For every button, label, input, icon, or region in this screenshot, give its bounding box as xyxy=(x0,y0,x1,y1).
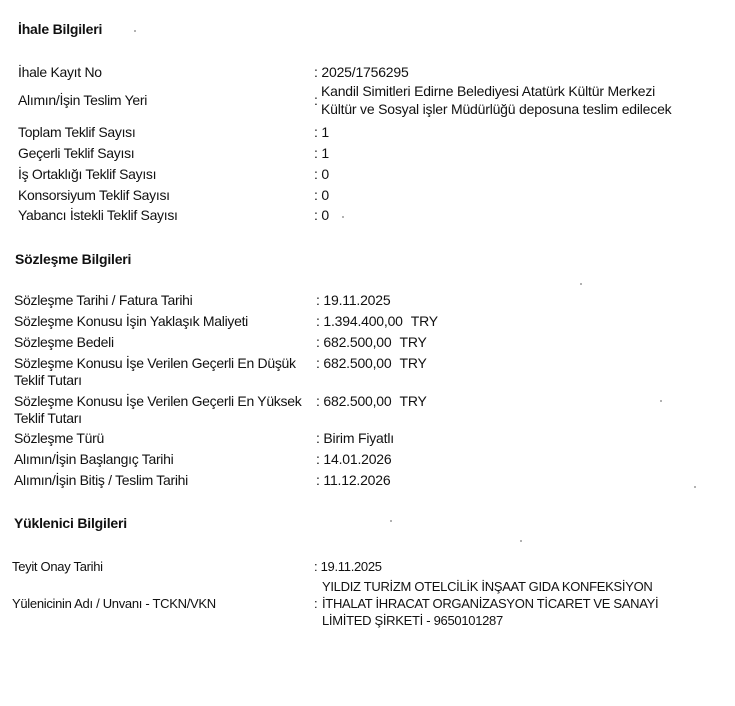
label-en-yuksek-teklif-line1: Sözleşme Konusu İşe Verilen Geçerli En Y… xyxy=(14,393,301,409)
value-teyit-onay-tarihi: : 19.11.2025 xyxy=(314,559,382,574)
section-title-yuklenici: Yüklenici Bilgileri xyxy=(14,515,127,531)
value-bitis-tarihi: : 11.12.2026 xyxy=(316,472,390,488)
value-yuklenici-adi-line2: İTHALAT İHRACAT ORGANİZASYON TİCARET VE … xyxy=(322,596,658,611)
value-baslangic-tarihi: : 14.01.2026 xyxy=(316,451,391,467)
label-toplam-teklif: Toplam Teklif Sayısı xyxy=(18,124,135,140)
value-gecerli-teklif: : 1 xyxy=(314,145,329,161)
value-sozlesme-bedeli: : 682.500,00TRY xyxy=(316,334,427,350)
separator: : xyxy=(314,92,318,108)
label-yabanci-istekli: Yabancı İstekli Teklif Sayısı xyxy=(18,207,178,223)
value-is-ortakligi: : 0 xyxy=(314,166,329,182)
scan-speck xyxy=(390,520,392,522)
label-bitis-tarihi: Alımın/İşin Bitiş / Teslim Tarihi xyxy=(14,472,188,488)
value-toplam-teklif: : 1 xyxy=(314,124,329,140)
separator: : xyxy=(314,596,317,611)
scan-speck xyxy=(580,283,582,285)
value-en-dusuk-teklif: : 682.500,00TRY xyxy=(316,355,427,371)
value-yabanci-istekli: : 0 xyxy=(314,207,329,223)
value-yuklenici-adi-line1: YILDIZ TURİZM OTELCİLİK İNŞAAT GIDA KONF… xyxy=(322,579,652,594)
label-gecerli-teklif: Geçerli Teklif Sayısı xyxy=(18,145,134,161)
label-yaklasik-maliyet: Sözleşme Konusu İşin Yaklaşık Maliyeti xyxy=(14,313,248,329)
label-is-ortakligi: İş Ortaklığı Teklif Sayısı xyxy=(18,166,156,182)
scan-speck xyxy=(520,540,522,542)
label-en-yuksek-teklif-line2: Teklif Tutarı xyxy=(14,410,82,426)
value-yuklenici-adi-line3: LİMİTED ŞİRKETİ - 9650101287 xyxy=(322,613,503,628)
scan-speck xyxy=(134,30,136,32)
section-title-ihale: İhale Bilgileri xyxy=(18,21,102,37)
value-sozlesme-turu: : Birim Fiyatlı xyxy=(316,430,394,446)
scan-speck xyxy=(660,400,662,402)
value-en-yuksek-teklif: : 682.500,00TRY xyxy=(316,393,427,409)
label-ihale-kayit-no: İhale Kayıt No xyxy=(18,64,102,80)
label-konsorsiyum: Konsorsiyum Teklif Sayısı xyxy=(18,187,170,203)
value-teslim-yeri-line1: Kandil Simitleri Edirne Belediyesi Atatü… xyxy=(321,83,655,99)
label-baslangic-tarihi: Alımın/İşin Başlangıç Tarihi xyxy=(14,451,173,467)
value-konsorsiyum: : 0 xyxy=(314,187,329,203)
section-title-sozlesme: Sözleşme Bilgileri xyxy=(15,251,131,267)
scan-speck xyxy=(342,216,344,218)
label-teyit-onay-tarihi: Teyit Onay Tarihi xyxy=(12,559,103,574)
label-sozlesme-bedeli: Sözleşme Bedeli xyxy=(14,334,114,350)
label-en-dusuk-teklif-line2: Teklif Tutarı xyxy=(14,372,82,388)
value-yaklasik-maliyet: : 1.394.400,00TRY xyxy=(316,313,438,329)
label-yuklenici-adi: Yülenicinin Adı / Unvanı - TCKN/VKN xyxy=(12,596,216,611)
value-sozlesme-tarihi: : 19.11.2025 xyxy=(316,292,390,308)
value-ihale-kayit-no: : 2025/1756295 xyxy=(314,64,409,80)
label-teslim-yeri: Alımın/İşin Teslim Yeri xyxy=(18,92,147,108)
label-en-dusuk-teklif-line1: Sözleşme Konusu İşe Verilen Geçerli En D… xyxy=(14,355,296,371)
scan-speck xyxy=(694,486,696,488)
label-sozlesme-turu: Sözleşme Türü xyxy=(14,430,104,446)
value-teslim-yeri-line2: Kültür ve Sosyal işler Müdürlüğü deposun… xyxy=(321,101,671,117)
label-sozlesme-tarihi: Sözleşme Tarihi / Fatura Tarihi xyxy=(14,292,192,308)
